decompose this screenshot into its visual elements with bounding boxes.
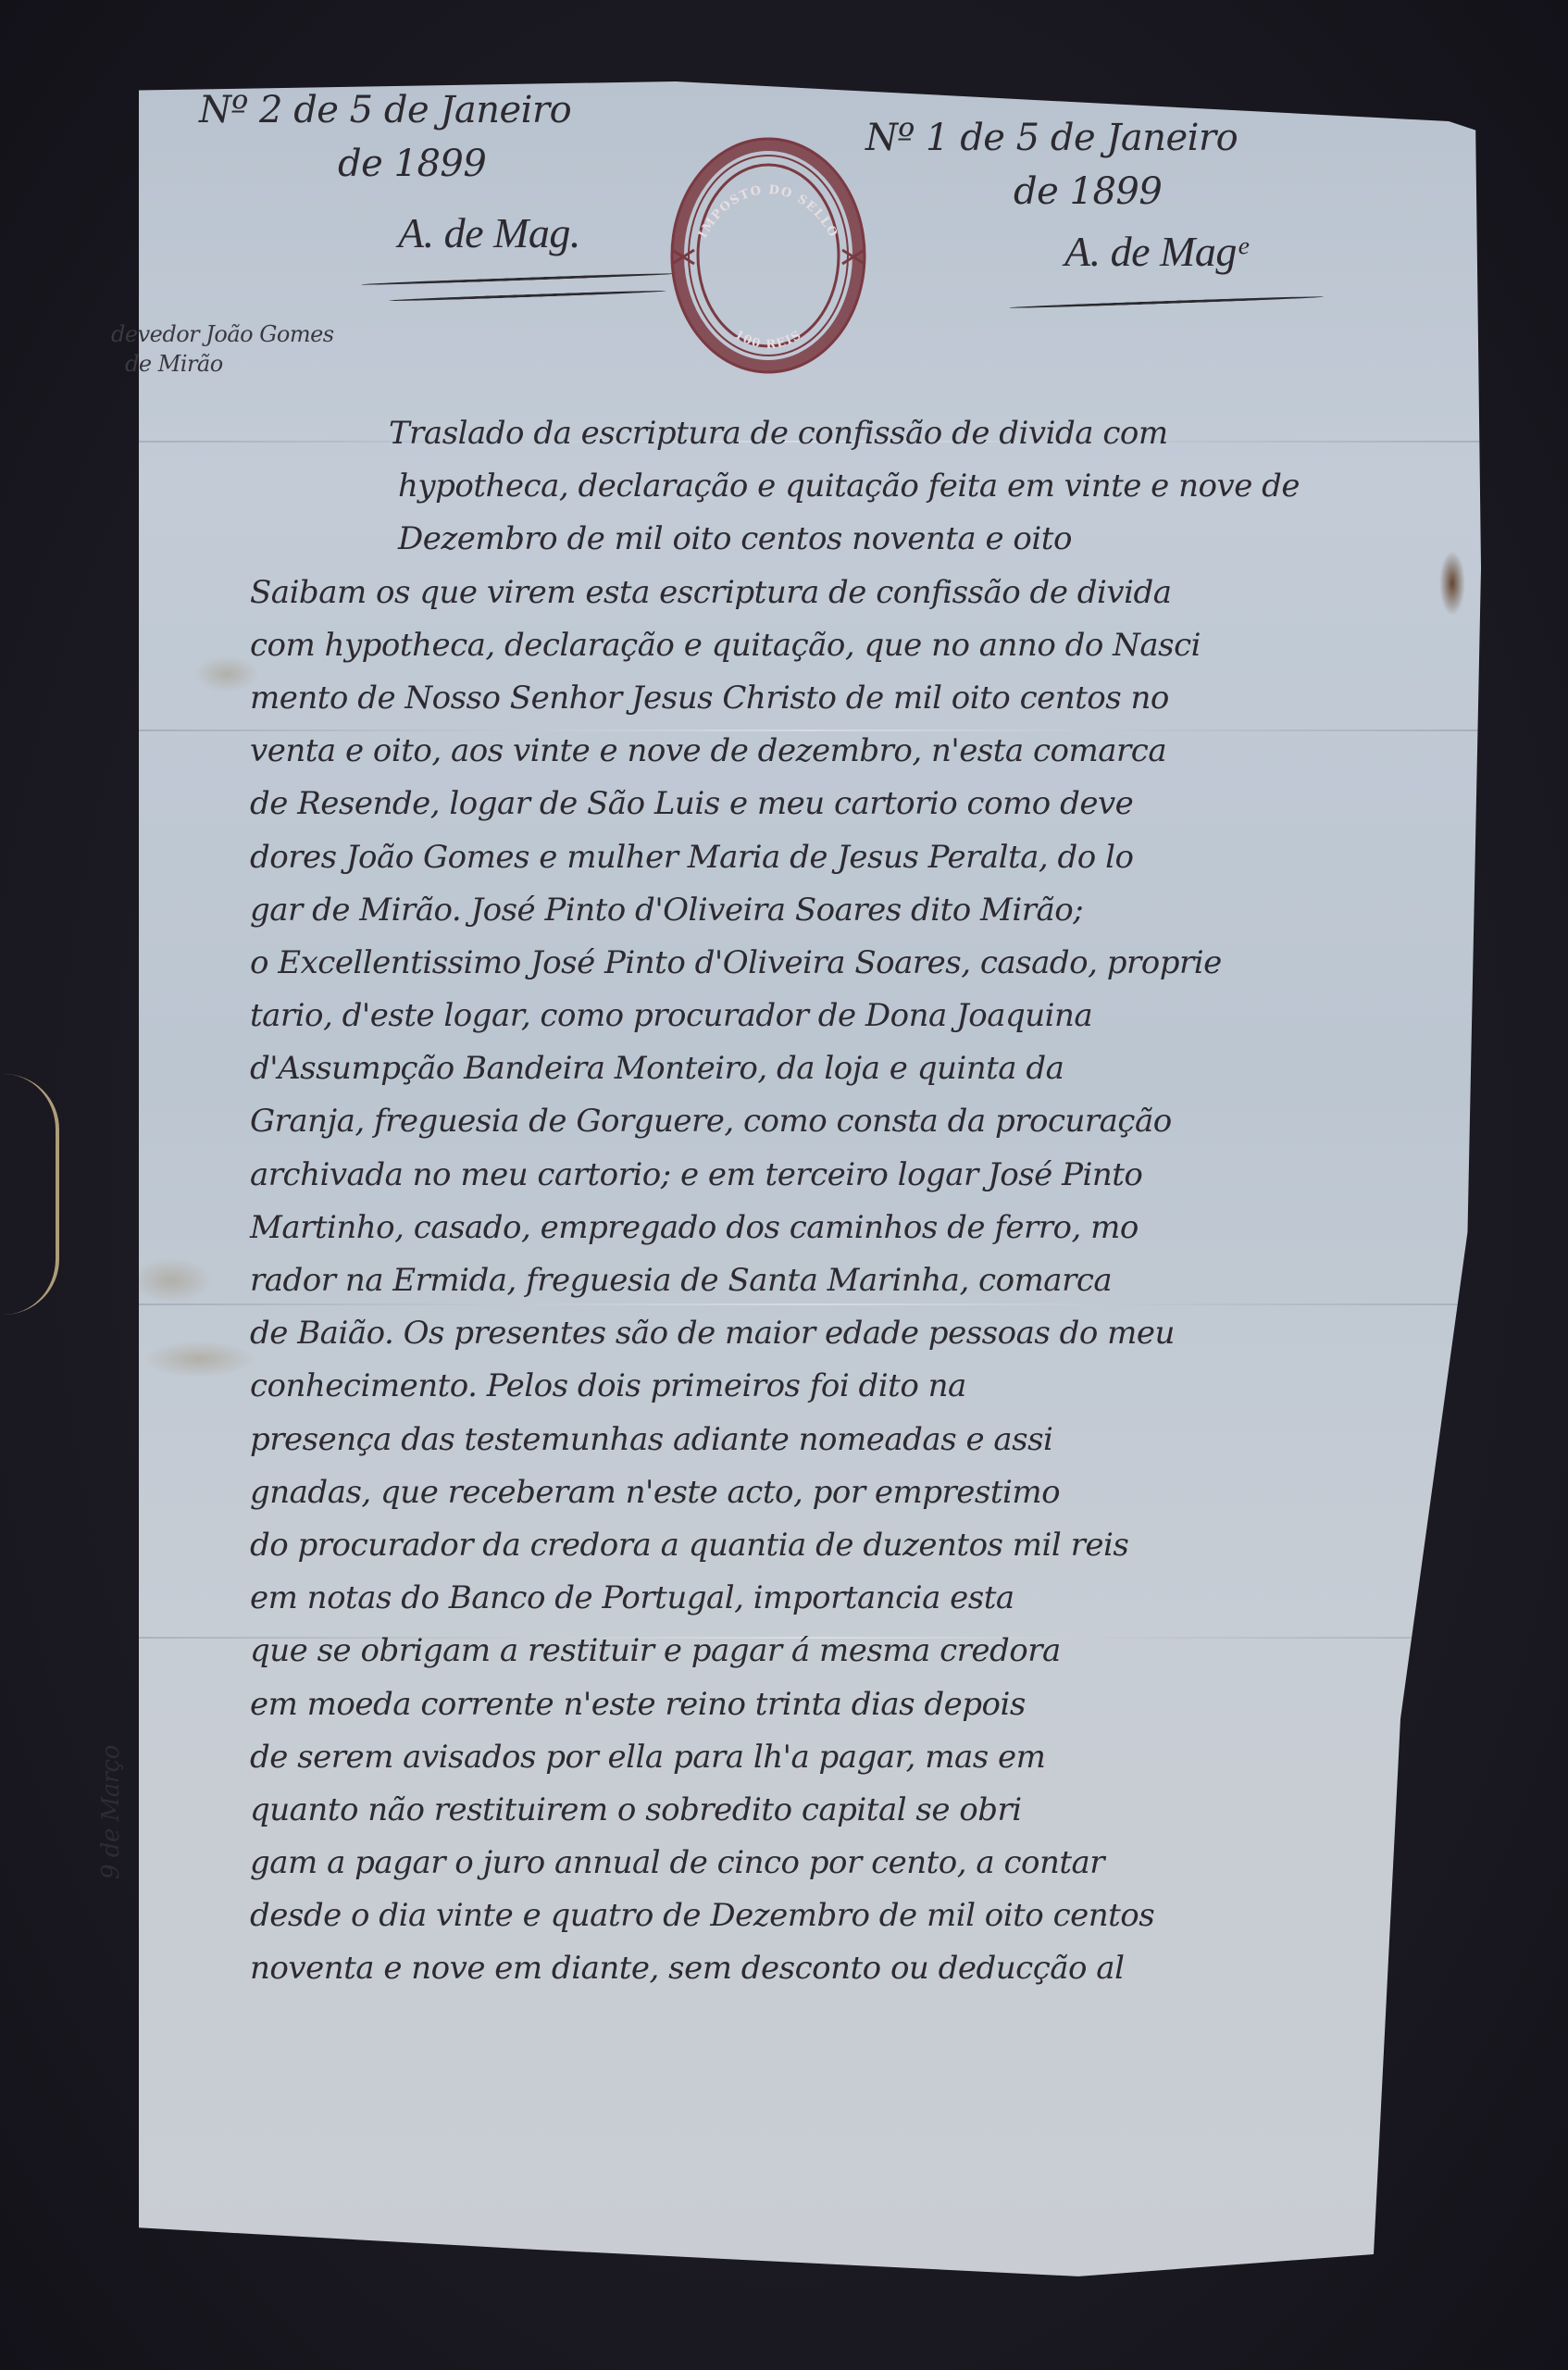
deed-body-line: em moeda corrente n'este reino trinta di…	[250, 1678, 1546, 1731]
vertical-margin-date-note: 9 de Março	[97, 1745, 125, 1879]
header-right-line2: de 1899	[865, 165, 1238, 218]
deed-title-line: hypotheca, declaração e quitação feita e…	[250, 460, 1546, 513]
header-right-note: Nº 1 de 5 de Janeiro de 1899	[865, 111, 1238, 218]
deed-body-line: do procurador da credora a quantia de du…	[250, 1519, 1546, 1572]
deed-body-line: de Baião. Os presentes são de maior edad…	[250, 1307, 1546, 1360]
deed-body-line: gar de Mirão. José Pinto d'Oliveira Soar…	[250, 884, 1546, 937]
binding-twine	[0, 1074, 59, 1315]
deed-body-line: presença das testemunhas adiante nomeada…	[250, 1414, 1546, 1466]
deed-body-line: rador na Ermida, freguesia de Santa Mari…	[250, 1254, 1546, 1307]
deed-body-line: Martinho, casado, empregado dos caminhos…	[250, 1202, 1546, 1254]
stamp-oval-icon: IMPOSTO DO SELLO 100 REIS	[666, 134, 870, 377]
header-left-note: Nº 2 de 5 de Janeiro de 1899	[199, 83, 571, 191]
deed-body-line: gam a pagar o juro annual de cinco por c…	[250, 1837, 1546, 1890]
deed-title-line: Dezembro de mil oito centos noventa e oi…	[250, 513, 1546, 566]
svg-text:100 REIS: 100 REIS	[732, 328, 805, 352]
deed-body-line: desde o dia vinte e quatro de Dezembro d…	[250, 1890, 1546, 1942]
header-left-line2: de 1899	[199, 137, 571, 191]
deed-body-line: que se obrigam a restituir e pagar á mes…	[250, 1625, 1546, 1678]
deed-body-line: mento de Nosso Senhor Jesus Christo de m…	[250, 672, 1546, 725]
margin-note-line1: devedor João Gomes	[111, 319, 334, 349]
header-left-signature: A. de Mag.	[398, 208, 580, 257]
header-left-line1: Nº 2 de 5 de Janeiro	[199, 83, 571, 137]
deed-title-line: Traslado da escriptura de confissão de d…	[250, 407, 1546, 460]
margin-debtor-note: devedor João Gomes de Mirão	[111, 319, 334, 379]
deed-body-line: d'Assumpção Bandeira Monteiro, da loja e…	[250, 1042, 1546, 1095]
deed-body-line: noventa e nove em diante, sem desconto o…	[250, 1942, 1546, 1995]
deed-body-line: gnadas, que receberam n'este acto, por e…	[250, 1466, 1546, 1519]
header-right-signature: A. de Magᵉ	[1064, 227, 1247, 276]
deed-body-line: de Resende, logar de São Luis e meu cart…	[250, 778, 1546, 830]
deed-body-line: dores João Gomes e mulher Maria de Jesus…	[250, 831, 1546, 884]
deed-body-line: archivada no meu cartorio; e em terceiro…	[250, 1149, 1546, 1202]
deed-body-line: Granja, freguesia de Gorguere, como cons…	[250, 1095, 1546, 1148]
tax-stamp: IMPOSTO DO SELLO 100 REIS	[666, 134, 870, 377]
deed-text: Traslado da escriptura de confissão de d…	[250, 407, 1546, 1996]
water-stain	[143, 1341, 255, 1378]
deed-body-line: de serem avisados por ella para lh'a pag…	[250, 1731, 1546, 1784]
deed-body-line: conhecimento. Pelos dois primeiros foi d…	[250, 1360, 1546, 1413]
deed-body-line: o Excellentissimo José Pinto d'Oliveira …	[250, 937, 1546, 990]
deed-body-line: Saibam os que virem esta escriptura de c…	[250, 567, 1546, 619]
deed-body-line: em notas do Banco de Portugal, importanc…	[250, 1572, 1546, 1625]
deed-body-line: com hypotheca, declaração e quitação, qu…	[250, 619, 1546, 672]
margin-note-line2: de Mirão	[111, 349, 334, 379]
header-right-line1: Nº 1 de 5 de Janeiro	[865, 111, 1238, 165]
water-stain	[130, 1257, 213, 1303]
deed-body-line: venta e oito, aos vinte e nove de dezemb…	[250, 725, 1546, 778]
deed-body-line: quanto não restituirem o sobredito capit…	[250, 1784, 1546, 1837]
deed-body-line: tario, d'este logar, como procurador de …	[250, 990, 1546, 1042]
